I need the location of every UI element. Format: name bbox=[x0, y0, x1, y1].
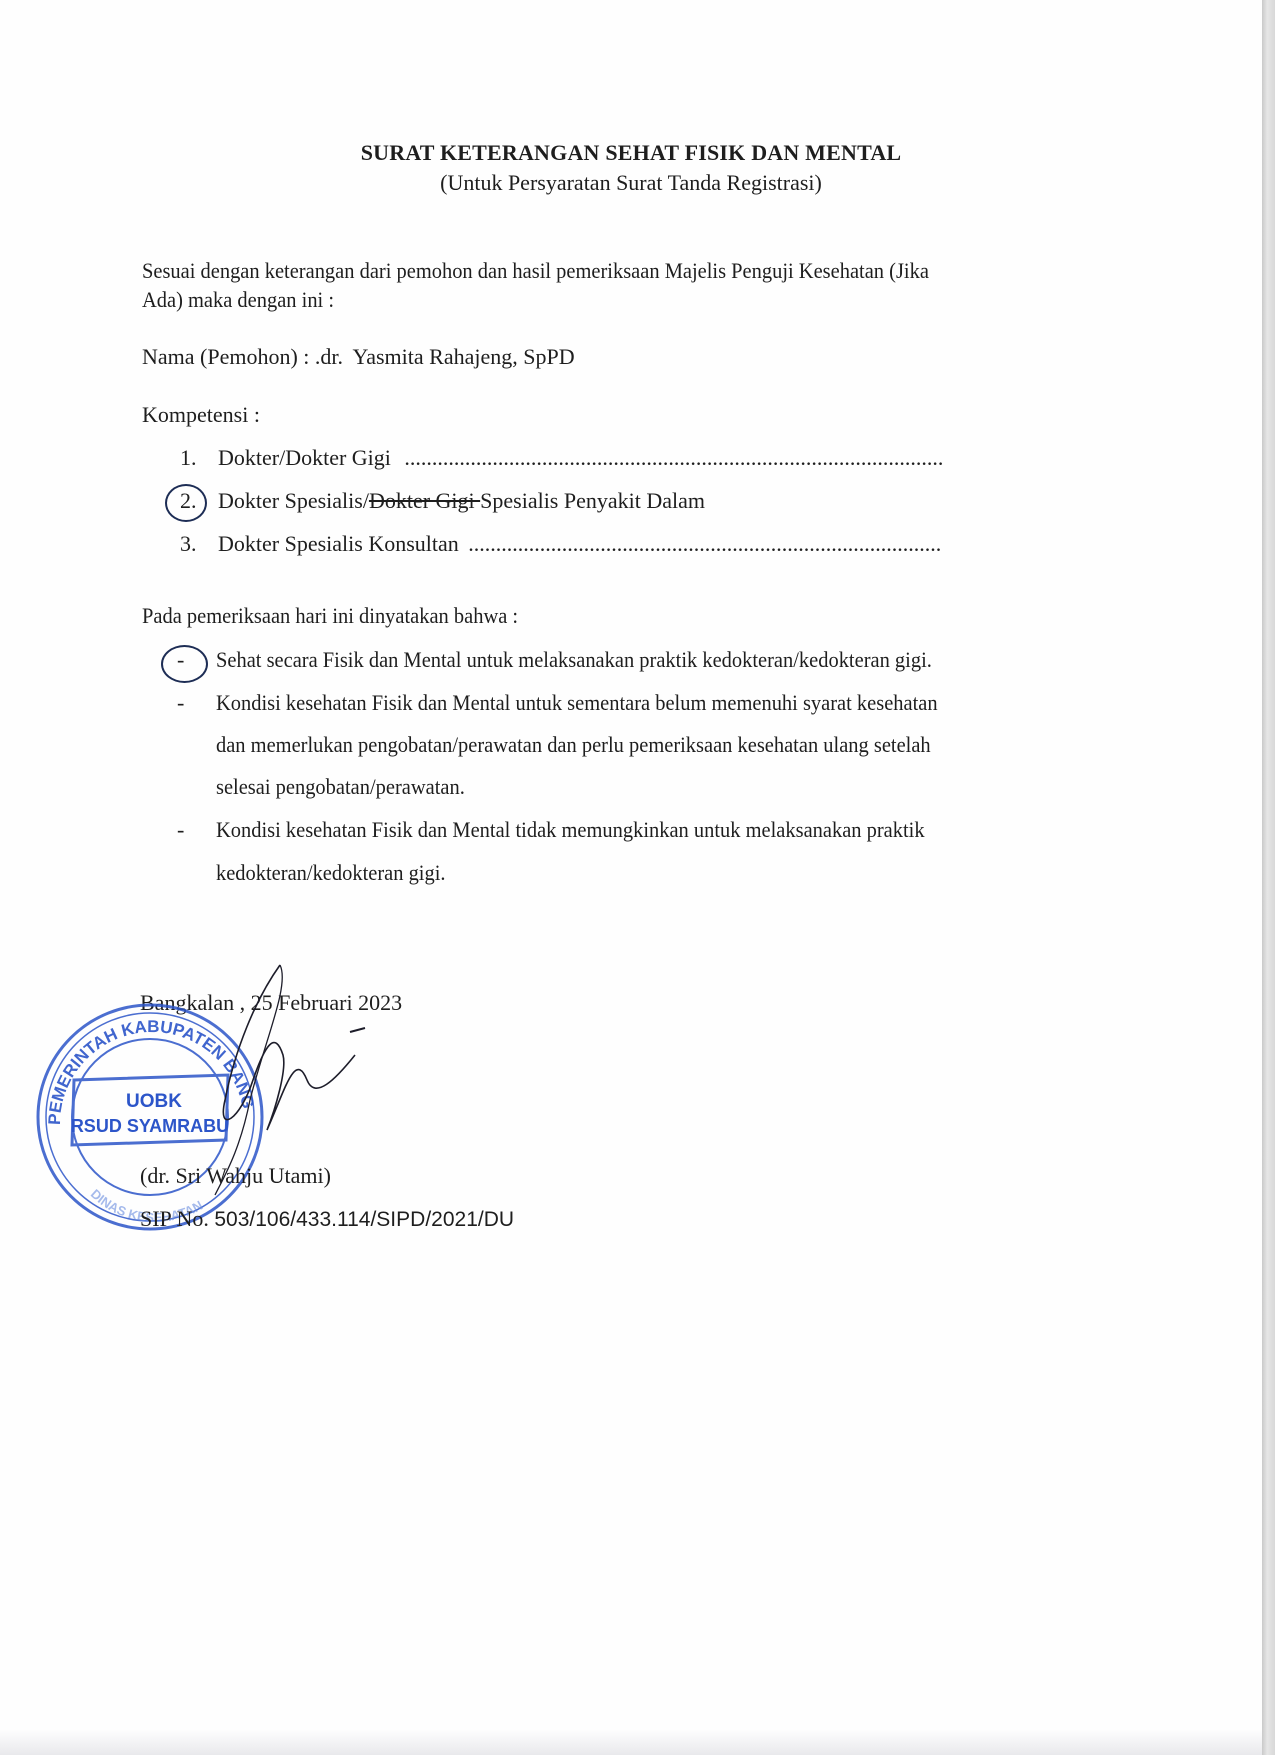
stamp-center-line-1: UOBK bbox=[126, 1091, 182, 1112]
competence-number: 3. bbox=[180, 531, 197, 556]
competence-text: Dokter/Dokter Gigi bbox=[218, 445, 391, 470]
competence-text: Dokter Spesialis Konsultan bbox=[218, 531, 459, 556]
competence-number: 1. bbox=[180, 445, 197, 470]
finding-3-line-2: kedokteran/kedokteran gigi. bbox=[216, 860, 446, 886]
finding-1-line-1: Sehat secara Fisik dan Mental untuk mela… bbox=[216, 647, 932, 673]
dotted-leader: ........................................… bbox=[468, 531, 941, 556]
competence-item-3: 3. Dokter Spesialis Konsultan ..........… bbox=[180, 531, 941, 557]
finding-bullet: - bbox=[177, 817, 184, 843]
document-page: SURAT KETERANGAN SEHAT FISIK DAN MENTAL … bbox=[0, 0, 1262, 1755]
document-title: SURAT KETERANGAN SEHAT FISIK DAN MENTAL bbox=[0, 140, 1262, 166]
applicant-label: Nama (Pemohon) : .dr. bbox=[142, 344, 343, 369]
applicant-name: Yasmita Rahajeng, SpPD bbox=[353, 344, 575, 369]
competence-item-2: 2. Dokter Spesialis/Dokter Gigi Spesiali… bbox=[180, 488, 705, 514]
finding-bullet: - bbox=[177, 690, 184, 716]
finding-bullet: - bbox=[177, 647, 184, 673]
findings-label: Pada pemeriksaan hari ini dinyatakan bah… bbox=[142, 603, 518, 629]
competence-text: Dokter Spesialis/ bbox=[218, 488, 369, 513]
intro-line-1: Sesuai dengan keterangan dari pemohon da… bbox=[142, 258, 929, 284]
competence-item-1: 1. Dokter/Dokter Gigi ..................… bbox=[180, 445, 943, 471]
scan-bottom-shade bbox=[0, 1728, 1262, 1755]
dotted-leader: ........................................… bbox=[404, 445, 943, 470]
applicant-field: Nama (Pemohon) : .dr. Yasmita Rahajeng, … bbox=[142, 344, 575, 370]
sip-prefix: SIP No. bbox=[140, 1206, 209, 1231]
struck-text: Dokter Gigi bbox=[369, 488, 480, 513]
sip-number: 503/106/433.114/SIPD/2021/DU bbox=[214, 1208, 514, 1231]
finding-2-line-1: Kondisi kesehatan Fisik dan Mental untuk… bbox=[216, 690, 938, 716]
signer-name: (dr. Sri Wahju Utami) bbox=[140, 1163, 331, 1189]
document-subtitle: (Untuk Persyaratan Surat Tanda Registras… bbox=[0, 170, 1262, 196]
sip-line: SIP No. 503/106/433.114/SIPD/2021/DU bbox=[140, 1206, 514, 1232]
intro-line-2: Ada) maka dengan ini : bbox=[142, 287, 334, 313]
finding-2-line-2: dan memerlukan pengobatan/perawatan dan … bbox=[216, 732, 931, 758]
competence-label: Kompetensi : bbox=[142, 402, 260, 428]
competence-number: 2. bbox=[180, 488, 197, 513]
selection-circle-finding bbox=[161, 645, 208, 683]
competence-specialty: Spesialis Penyakit Dalam bbox=[480, 488, 705, 513]
scan-edge bbox=[1262, 0, 1275, 1755]
finding-3-line-1: Kondisi kesehatan Fisik dan Mental tidak… bbox=[216, 817, 925, 843]
finding-2-line-3: selesai pengobatan/perawatan. bbox=[216, 774, 465, 800]
